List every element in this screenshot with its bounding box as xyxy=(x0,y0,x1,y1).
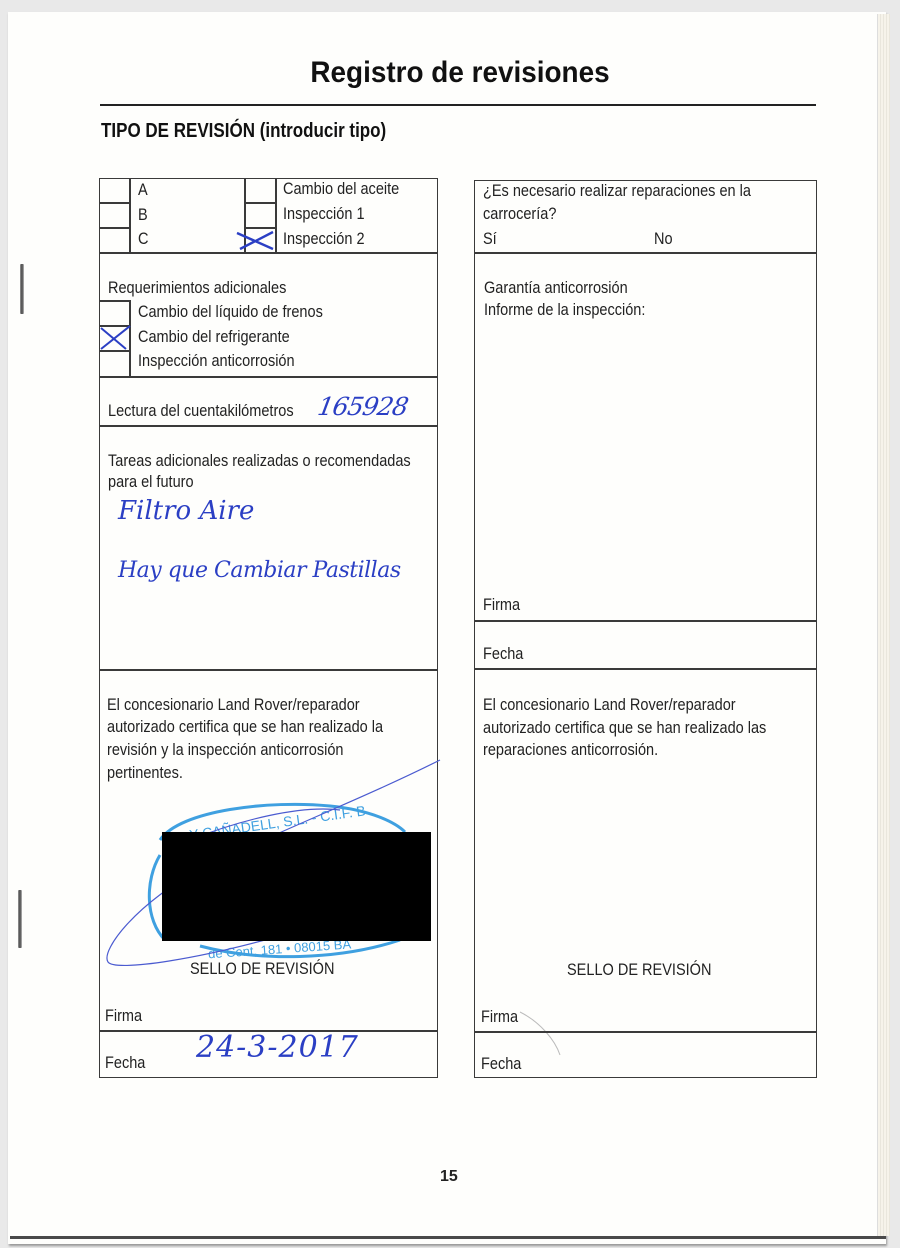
bodywork-question-line-2: carrocería? xyxy=(483,202,556,226)
staple-top xyxy=(20,264,24,314)
type-a-label: A xyxy=(138,178,148,202)
grid-line xyxy=(129,178,131,253)
grid-line xyxy=(275,178,277,253)
left-signature-label: Firma xyxy=(105,1004,142,1028)
page-title: Registro de revisiones xyxy=(116,56,804,90)
right-date-label-1: Fecha xyxy=(483,642,523,666)
right-signature-label-1: Firma xyxy=(483,593,520,617)
left-certification-line-3: revisión y la inspección anticorrosión xyxy=(107,738,343,762)
staple-bottom xyxy=(18,890,22,948)
right-date-label-2: Fecha xyxy=(481,1052,521,1076)
checkbox-anticorrosion[interactable] xyxy=(101,351,125,375)
page-number: 15 xyxy=(440,1168,458,1186)
coolant-label: Cambio del refrigerante xyxy=(138,325,290,349)
left-date-label: Fecha xyxy=(105,1051,145,1075)
inspection-report-label: Informe de la inspección: xyxy=(484,298,645,322)
bodywork-no-option[interactable]: No xyxy=(654,227,673,251)
left-stamp-label: SELLO DE REVISIÓN xyxy=(190,957,334,981)
checkbox-type-c[interactable] xyxy=(104,228,125,252)
grid-line xyxy=(99,669,438,671)
inspection-2-label: Inspección 2 xyxy=(283,227,365,251)
anticorrosion-label: Inspección anticorrosión xyxy=(138,349,295,373)
brake-fluid-label: Cambio del líquido de frenos xyxy=(138,300,323,324)
right-certification-line-2: autorizado certifica que se han realizad… xyxy=(483,716,766,740)
right-certification-line-3: reparaciones anticorrosión. xyxy=(483,738,658,762)
grid-line xyxy=(99,376,438,378)
inspection-1-label: Inspección 1 xyxy=(283,202,365,226)
page-edges xyxy=(877,14,890,1236)
odometer-value[interactable]: 165928 xyxy=(315,392,410,421)
grid-line xyxy=(474,668,817,670)
right-signature-label-2: Firma xyxy=(481,1005,518,1029)
bodywork-question-line-1: ¿Es necesario realizar reparaciones en l… xyxy=(483,179,751,203)
checkbox-brake-fluid[interactable] xyxy=(101,301,125,325)
section-title: TIPO DE REVISIÓN (introducir tipo) xyxy=(101,120,386,143)
grid-line xyxy=(129,300,131,377)
grid-line xyxy=(474,1031,817,1033)
additional-task-1[interactable]: Filtro Aire xyxy=(118,496,254,526)
odometer-label: Lectura del cuentakilómetros xyxy=(108,399,294,423)
checkbox-oil-change[interactable] xyxy=(246,178,271,202)
oil-change-label: Cambio del aceite xyxy=(283,177,399,201)
checkbox-coolant[interactable] xyxy=(101,326,125,350)
grid-line xyxy=(99,252,438,254)
right-stamp-label: SELLO DE REVISIÓN xyxy=(567,958,711,982)
grid-line xyxy=(474,252,817,254)
bodywork-yes-option[interactable]: Sí xyxy=(483,227,497,251)
title-divider xyxy=(100,104,816,106)
anticorrosion-warranty-label: Garantía anticorrosión xyxy=(484,276,628,300)
left-certification-line-2: autorizado certifica que se han realizad… xyxy=(107,715,383,739)
right-certification-line-1: El concesionario Land Rover/reparador xyxy=(483,693,736,717)
grid-line xyxy=(474,620,817,622)
page-bottom-edge xyxy=(10,1236,886,1239)
left-certification-line-4: pertinentes. xyxy=(107,761,183,785)
left-date-value[interactable]: 24-3-2017 xyxy=(196,1030,359,1065)
checkbox-inspection-1[interactable] xyxy=(246,203,271,227)
additional-tasks-label-2: para el futuro xyxy=(108,470,194,494)
additional-task-2[interactable]: Hay que Cambiar Pastillas xyxy=(118,558,401,583)
grid-line xyxy=(99,425,438,427)
checkbox-type-b[interactable] xyxy=(104,203,125,227)
left-certification-line-1: El concesionario Land Rover/reparador xyxy=(107,693,360,717)
checkbox-inspection-2[interactable] xyxy=(246,228,271,252)
checkbox-type-a[interactable] xyxy=(104,178,125,202)
redaction-block xyxy=(162,832,431,941)
additional-requirements-heading: Requerimientos adicionales xyxy=(108,276,286,300)
type-c-label: C xyxy=(138,227,148,251)
type-b-label: B xyxy=(138,203,148,227)
